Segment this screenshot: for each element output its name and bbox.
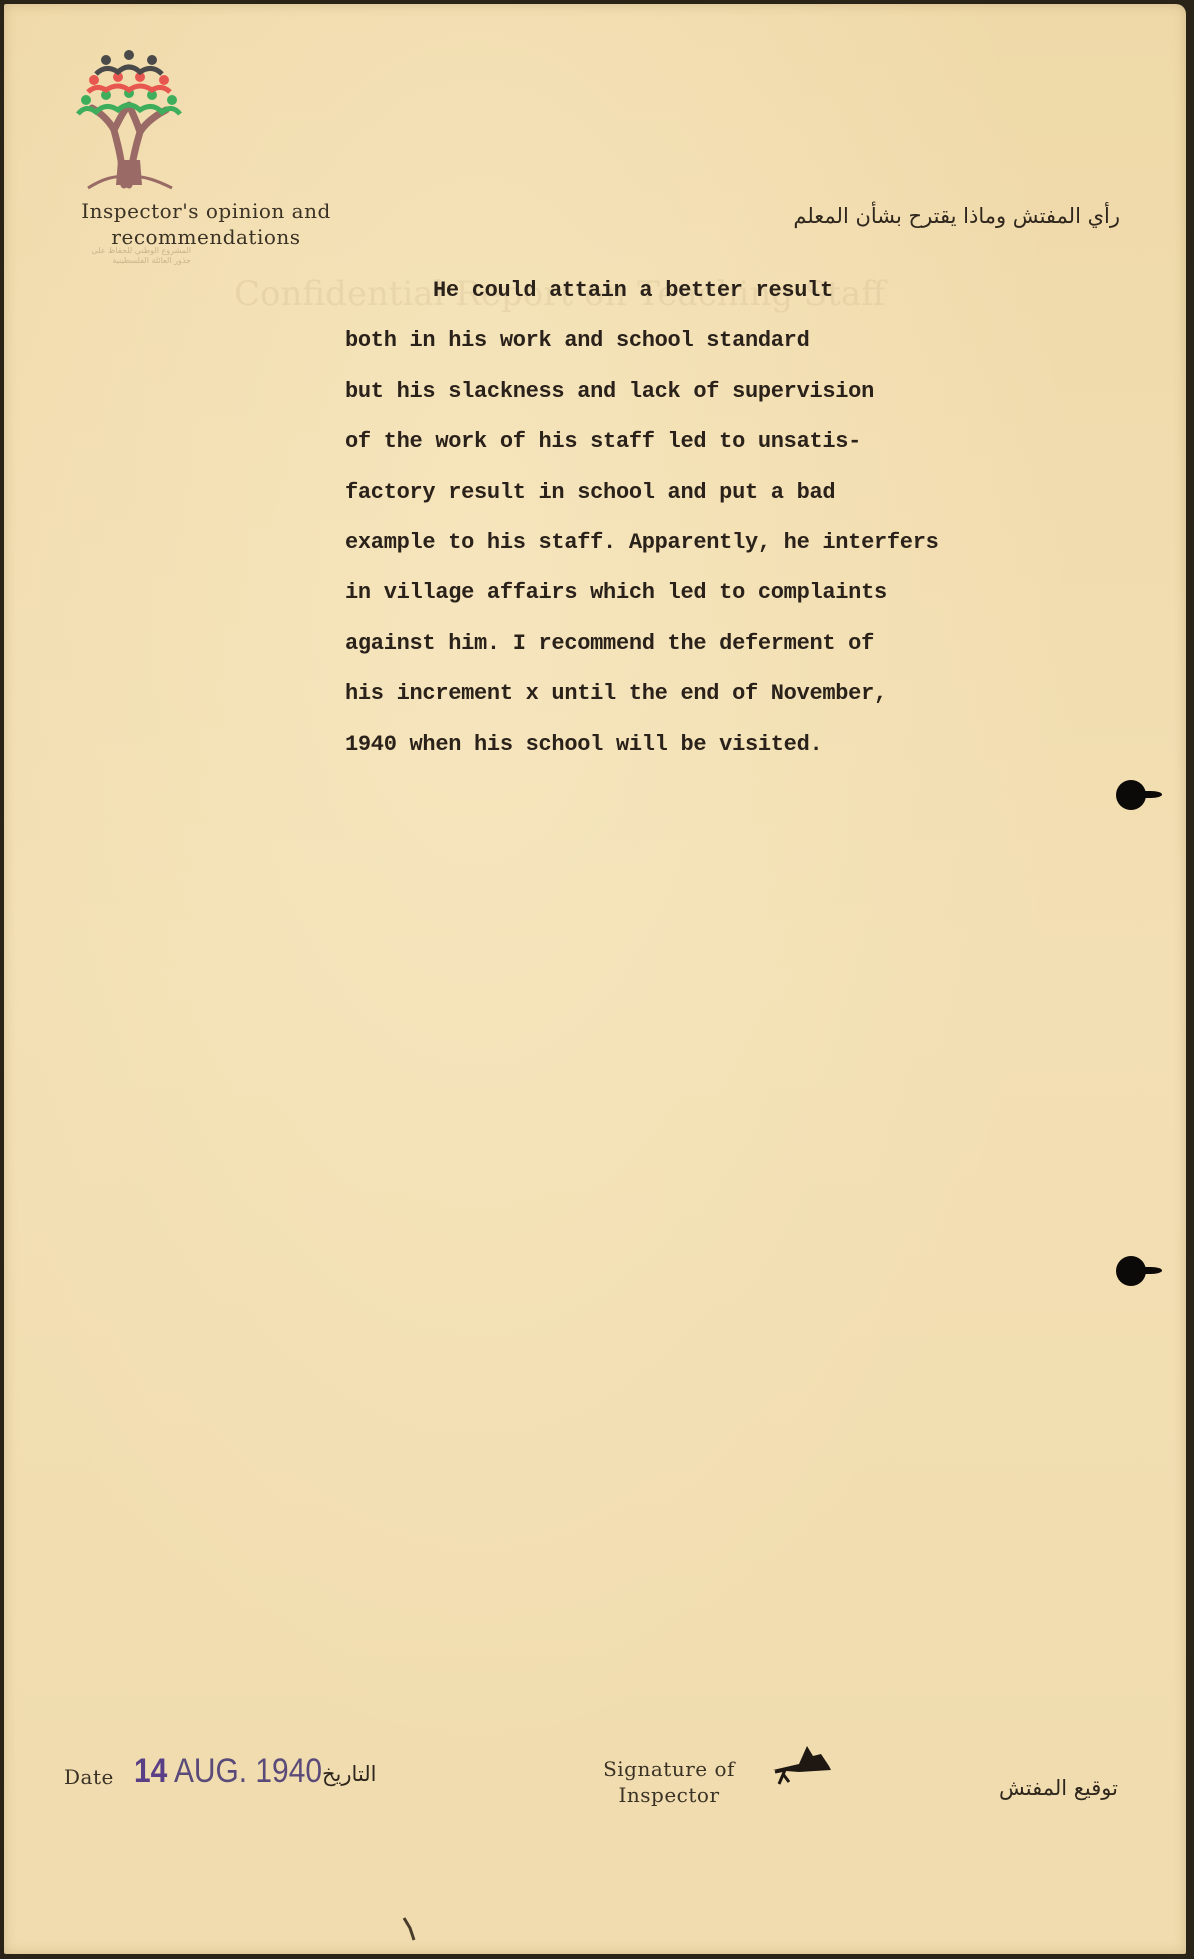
signature-label-line-1: Signature of bbox=[594, 1756, 744, 1782]
date-label-ar: التاريخ bbox=[322, 1762, 377, 1786]
document-page: Confidential Report on Teaching Staff In… bbox=[4, 4, 1186, 1954]
opinion-label-ar: رأي المفتش وماذا يقترح بشأن المعلم bbox=[793, 204, 1120, 228]
punch-hole-icon bbox=[1116, 1256, 1146, 1286]
family-tree-logo-icon bbox=[74, 50, 184, 190]
typed-line: against him. I recommend the deferment o… bbox=[345, 619, 1065, 669]
archive-watermark: المشروع الوطني للحفاظ على جذور العائلة ا… bbox=[66, 246, 191, 266]
signature-label-ar: توقيع المفتش bbox=[999, 1776, 1118, 1800]
opinion-label-line-1: Inspector's opinion and bbox=[66, 198, 346, 224]
watermark-line-1: المشروع الوطني للحفاظ على bbox=[66, 246, 191, 256]
punch-hole-icon bbox=[1116, 780, 1146, 810]
signature-label-line-2: Inspector bbox=[594, 1782, 744, 1808]
watermark-line-2: جذور العائلة الفلسطينية bbox=[66, 256, 191, 266]
typed-line: 1940 when his school will be visited. bbox=[345, 720, 1065, 770]
opinion-label-en: Inspector's opinion and recommendations bbox=[66, 198, 346, 250]
typed-line: both in his work and school standard bbox=[345, 316, 1065, 366]
typed-line: in village affairs which led to complain… bbox=[345, 568, 1065, 618]
ink-smudge-icon bbox=[402, 1916, 418, 1942]
typed-line: factory result in school and put a bad bbox=[345, 468, 1065, 518]
date-stamp: 14 AUG. 1940 bbox=[134, 1752, 322, 1791]
date-label-en: Date bbox=[64, 1764, 114, 1790]
date-stamp-month-year: AUG. 1940 bbox=[174, 1752, 322, 1790]
typed-line: example to his staff. Apparently, he int… bbox=[345, 518, 1065, 568]
date-stamp-day: 14 bbox=[134, 1752, 167, 1790]
handwritten-signature-icon bbox=[769, 1742, 839, 1787]
typed-line: his increment x until the end of Novembe… bbox=[345, 669, 1065, 719]
typed-line: of the work of his staff led to unsatis- bbox=[345, 417, 1065, 467]
typed-line: He could attain a better result bbox=[345, 266, 1065, 316]
signature-label-en: Signature of Inspector bbox=[594, 1756, 744, 1808]
typed-line: but his slackness and lack of supervisio… bbox=[345, 367, 1065, 417]
typed-recommendation: He could attain a better result both in … bbox=[345, 266, 1065, 770]
